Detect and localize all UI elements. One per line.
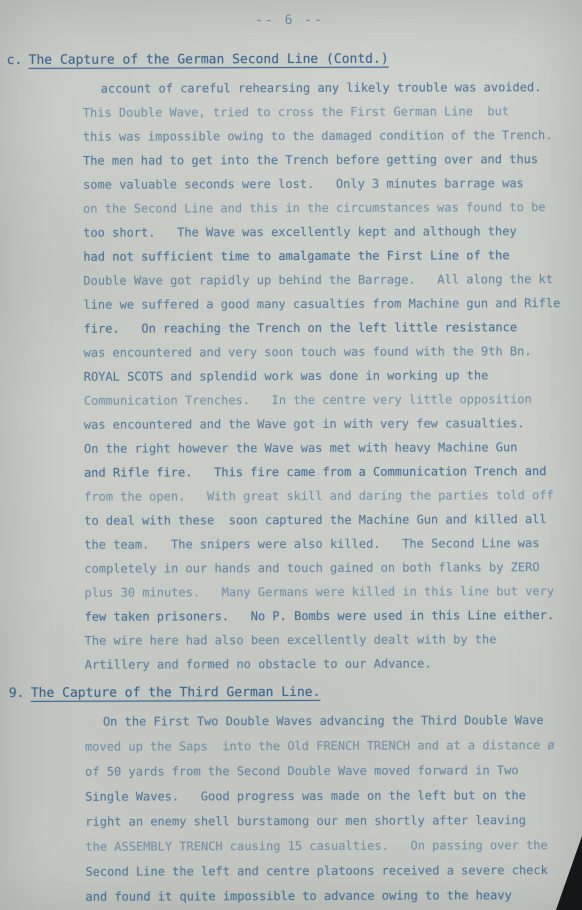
paragraph: account of careful rehearsing any likely…	[83, 75, 569, 677]
section-heading: 9.The Capture of the Third German Line.	[9, 684, 582, 701]
section-title: The Capture of the Third German Line.	[31, 685, 321, 701]
text-line: and Rifle fire. This fire came from a Co…	[84, 459, 568, 485]
text-line: Double Wave got rapidly up behind the Ba…	[83, 267, 567, 293]
section-label: c.	[7, 53, 29, 68]
text-line: fire. On reaching the Trench on the left…	[84, 315, 568, 341]
page-number: -- 6 --	[0, 0, 581, 29]
text-line: was encountered and very soon touch was …	[84, 339, 568, 365]
scanned-document-page: { "page": { "page_number": "-- 6 --", "p…	[0, 0, 582, 910]
section-title: The Capture of the German Second Line (C…	[29, 52, 389, 68]
text-line: Single Waves. Good progress was made on …	[85, 783, 569, 810]
section-capture-third-line: 9.The Capture of the Third German Line. …	[1, 684, 582, 910]
text-line: too short. The Wave was excellently kept…	[83, 219, 567, 245]
text-line: On the First Two Double Waves advancing …	[85, 708, 569, 735]
text-line: the ASSEMBLY TRENCH causing 15 casualtie…	[85, 833, 569, 860]
text-line: plus 30 minutes. Many Germans were kille…	[84, 579, 568, 605]
text-line: This Double Wave, tried to cross the Fir…	[83, 99, 567, 125]
document-content: -- 6 -- c.The Capture of the German Seco…	[0, 0, 582, 910]
text-line: to deal with these soon captured the Mac…	[84, 507, 568, 533]
text-line: this was impossible owing to the damaged…	[83, 123, 567, 149]
text-line: the team. The snipers were also killed. …	[84, 531, 568, 557]
text-line: On the right however the Wave was met wi…	[84, 435, 568, 461]
section-heading: c.The Capture of the German Second Line …	[7, 51, 581, 68]
text-line: few taken prisoners. No P. Bombs were us…	[85, 603, 569, 629]
text-line: of 50 yards from the Second Double Wave …	[85, 758, 569, 785]
text-line: right an enemy shell burstamong our men …	[85, 808, 569, 835]
text-line: ROYAL SCOTS and splendid work was done i…	[84, 363, 568, 389]
text-line: moved up the Saps into the Old FRENCH TR…	[85, 733, 569, 760]
text-line: Communication Trenches. In the centre ve…	[84, 387, 568, 413]
text-line: completely in our hands and touch gained…	[84, 555, 568, 581]
text-line: Artillery and formed no obstacle to our …	[85, 651, 569, 677]
text-line: from the open. With great skill and dari…	[84, 483, 568, 509]
text-line: had not sufficient time to amalgamate th…	[83, 243, 567, 269]
section-label: 9.	[9, 686, 31, 701]
paragraph: On the First Two Double Waves advancing …	[85, 708, 570, 910]
text-line: Second Line the left and centre platoons…	[85, 858, 569, 885]
text-line: account of careful rehearsing any likely…	[83, 75, 567, 101]
text-line: some valuable seconds were lost. Only 3 …	[83, 171, 567, 197]
text-line: on the Second Line and this in the circu…	[83, 195, 567, 221]
text-line: The men had to get into the Trench befor…	[83, 147, 567, 173]
text-line: and found it quite impossible to advance…	[85, 883, 569, 910]
text-line: line we suffered a good many casualties …	[83, 291, 567, 317]
text-line: The wire here had also been excellently …	[85, 627, 569, 653]
section-capture-second-line: c.The Capture of the German Second Line …	[0, 51, 582, 677]
text-line: was encountered and the Wave got in with…	[84, 411, 568, 437]
